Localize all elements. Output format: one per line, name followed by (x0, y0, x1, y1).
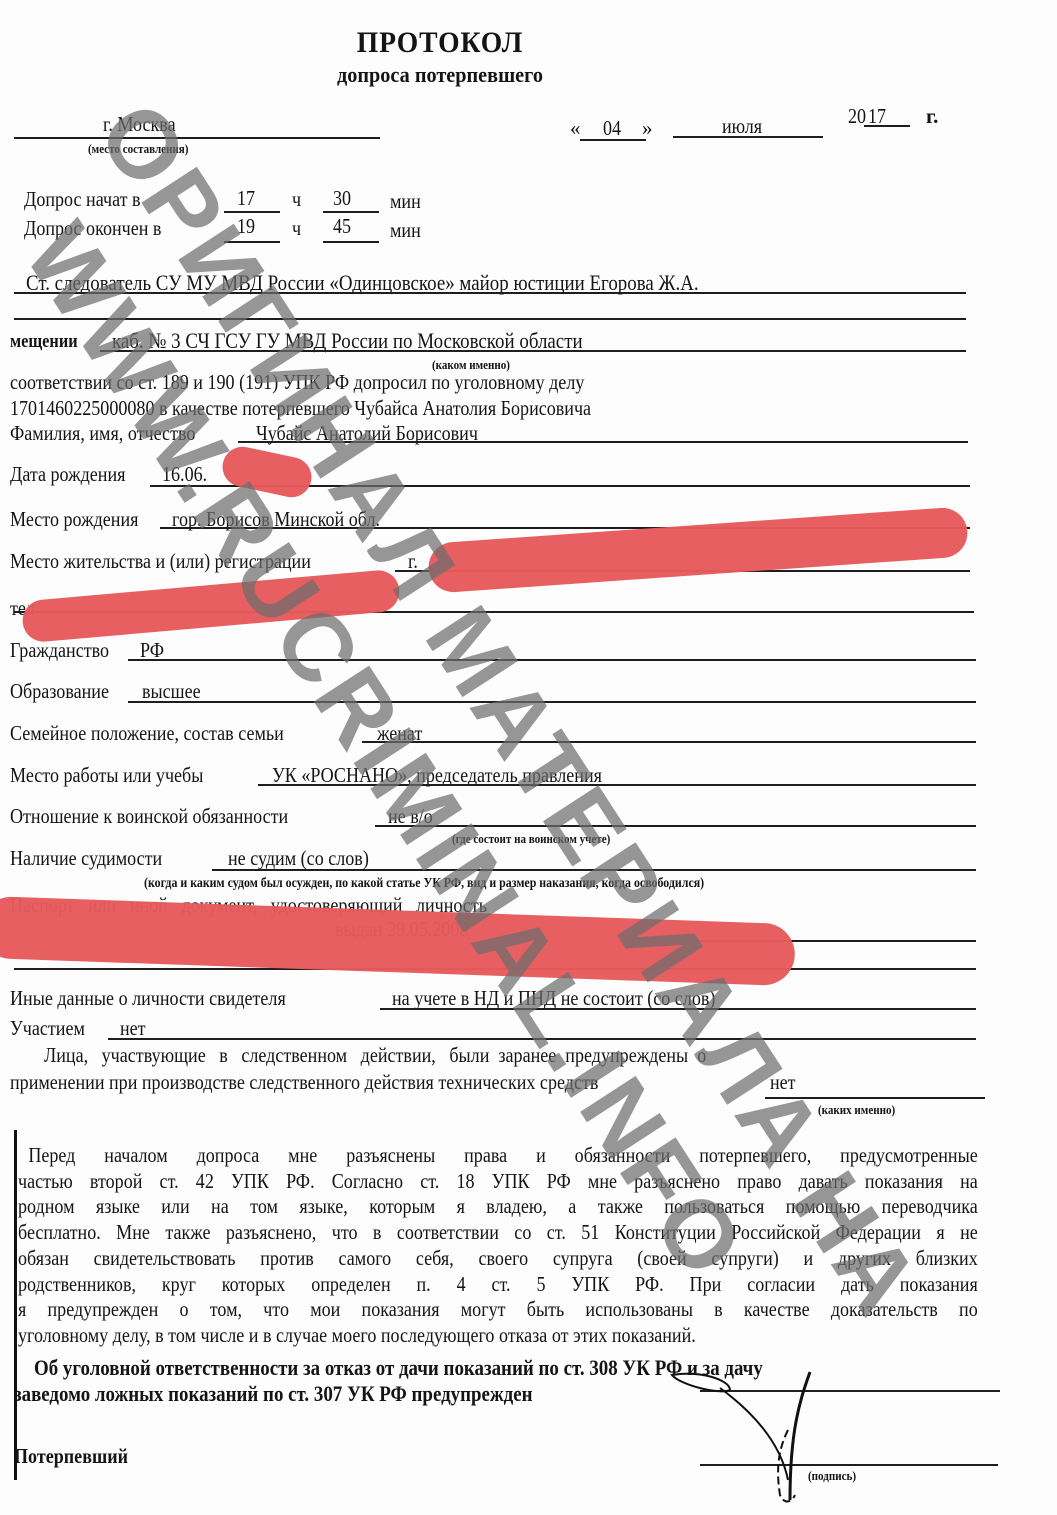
date-year-unit: г. (926, 104, 938, 129)
date-month-underline (673, 136, 823, 138)
premises-label: мещении (10, 331, 78, 353)
start-label: Допрос начат в (24, 187, 141, 212)
basis-line-2: 1701460225000080 в качестве потерпевшего… (10, 396, 591, 421)
tech-means-line-2: применении при производстве следственног… (10, 1070, 598, 1095)
work-label: Место работы или учебы (10, 763, 203, 788)
tech-means-line-1: Лица, участвующие в следственном действи… (44, 1043, 706, 1068)
document-title: ПРОТОКОЛ (35, 26, 845, 60)
start-hours-unit: ч (292, 187, 301, 212)
start-minutes-underline (323, 211, 379, 213)
participation-underline (108, 1038, 976, 1040)
end-minutes-underline (323, 241, 379, 243)
criminal-record-value: не судим (со слов) (228, 846, 369, 871)
protocol-page: ПРОТОКОЛ допроса потерпевшего г. Москва … (0, 0, 1057, 1515)
criminal-record-caption: (когда и каким судом был осужден, по как… (144, 876, 704, 892)
participation-label: Участием (10, 1016, 85, 1041)
birth-place-label: Место рождения (10, 507, 138, 532)
education-underline (128, 701, 976, 703)
investigator-underline (14, 292, 966, 294)
rights-line: родном языке или на том языке, которым я… (18, 1194, 978, 1220)
start-hours-underline (224, 211, 280, 213)
signature-icon (660, 1370, 900, 1510)
date-day-underline (580, 139, 646, 141)
full-name-label: Фамилия, имя, отчество (10, 421, 195, 446)
start-hours: 17 (237, 186, 255, 211)
tech-means-value: нет (770, 1070, 796, 1095)
date-year-underline (864, 125, 910, 127)
end-hours-unit: ч (292, 216, 301, 241)
military-caption: (где состоит на воинском учете) (452, 831, 610, 847)
criminal-record-label: Наличие судимости (10, 846, 162, 871)
start-minutes: 30 (333, 186, 351, 211)
redaction-residence (427, 506, 969, 594)
rights-line: уголовному делу, в том числе и в случае … (18, 1323, 978, 1349)
rights-line: обязан свидетельствовать против самого с… (18, 1246, 978, 1272)
other-data-underline (380, 1008, 976, 1010)
residence-label: Место жительства и (или) регистрации (10, 549, 311, 574)
date-close-quote: » (642, 116, 653, 141)
birth-date-value: 16.06. (162, 462, 207, 487)
liability-line-2: заведомо ложных показаний по ст. 307 УК … (14, 1381, 533, 1407)
rights-line: я предупрежден о том, что мои показания … (18, 1297, 978, 1323)
place-underline (14, 137, 380, 139)
family-underline (362, 741, 976, 743)
date-open-quote: « (570, 116, 581, 141)
left-margin-border (14, 1130, 17, 1480)
date-day: 04 (603, 116, 621, 141)
criminal-record-underline (212, 869, 976, 871)
rights-line: родственников, круг которых определен п.… (18, 1272, 978, 1298)
end-label: Допрос окончен в (24, 216, 161, 241)
redaction-phone (21, 569, 401, 644)
place-value: г. Москва (103, 112, 176, 137)
other-data-label: Иные данные о личности свидетеля (10, 986, 286, 1011)
rights-paragraph: Перед началом допроса мне разъяснены пра… (18, 1143, 978, 1349)
rights-line: бесплатно. Мне также разъяснено, что в с… (18, 1220, 978, 1246)
place-caption: (место составления) (88, 141, 188, 157)
end-hours: 19 (237, 214, 255, 239)
basis-line-1: соответствии со ст. 189 и 190 (191) УПК … (10, 370, 956, 395)
redaction-birth-year (219, 443, 315, 501)
citizenship-underline (128, 659, 976, 661)
liability-line-1: Об уголовной ответственности за отказ от… (34, 1355, 763, 1381)
signatory-label: Потерпевший (14, 1444, 128, 1469)
family-label: Семейное положение, состав семьи (10, 721, 284, 746)
education-label: Образование (10, 679, 109, 704)
blank-underline (14, 318, 966, 320)
military-underline (375, 825, 976, 827)
birth-date-label: Дата рождения (10, 462, 125, 487)
document-subtitle: допроса потерпевшего (35, 62, 845, 88)
end-hours-underline (224, 241, 280, 243)
rights-line: Перед началом допроса мне разъяснены пра… (18, 1143, 978, 1169)
premises-underline (100, 350, 966, 352)
start-minutes-unit: мин (390, 189, 421, 214)
tech-means-underline (765, 1097, 985, 1099)
work-underline (258, 784, 976, 786)
end-minutes-unit: мин (390, 218, 421, 243)
military-label: Отношение к воинской обязанности (10, 804, 288, 829)
end-minutes: 45 (333, 214, 351, 239)
full-name-underline (238, 441, 968, 443)
citizenship-label: Гражданство (10, 638, 109, 663)
tech-means-caption: (каких именно) (818, 1102, 895, 1118)
rights-line: частью второй ст. 42 УПК РФ. Согласно ст… (18, 1169, 978, 1195)
